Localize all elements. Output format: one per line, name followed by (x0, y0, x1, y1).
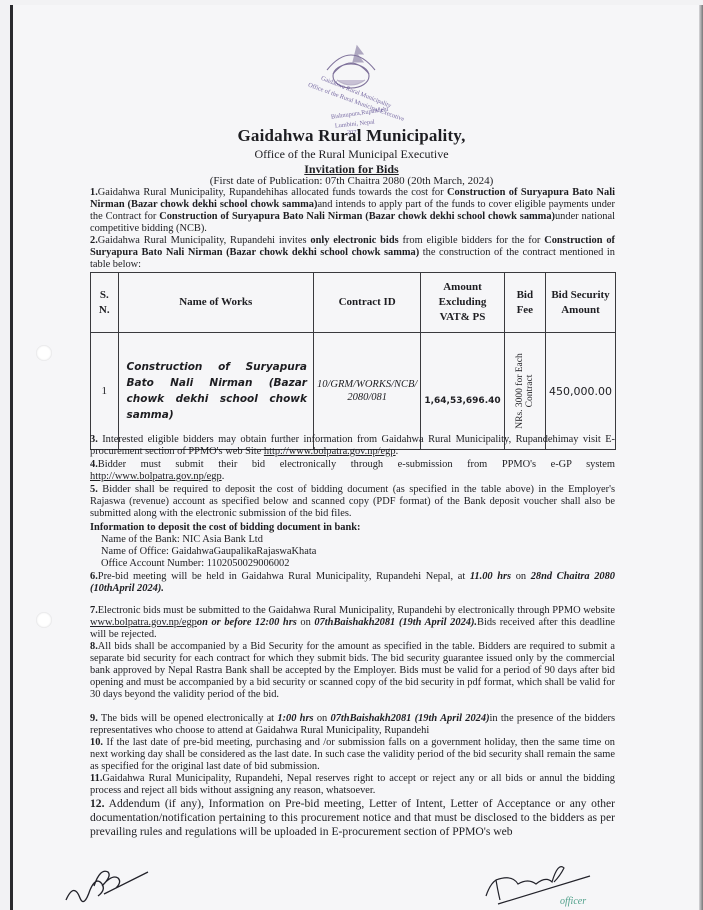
publication-date-text: (First date of Publication: 07th Chaitra… (210, 175, 494, 187)
paragraph-12: 12. Addendum (if any), Information on Pr… (90, 797, 615, 839)
cell-bid-security: 450,000.00 (546, 333, 616, 450)
publication-date: (First date of Publication: 07th Chaitra… (0, 175, 703, 187)
paragraph-7: 7.Electronic bids must be submitted to t… (90, 605, 615, 641)
office-account-number: Office Account Number: 1102050029006002 (101, 558, 289, 570)
paragraph-4: 4.Bidder must submit their bid electroni… (90, 459, 615, 483)
paragraph-3: 3. Interested eligible bidders may obtai… (90, 434, 615, 458)
paragraph-6: 6.Pre-bid meeting will be held in Gaidah… (90, 571, 615, 595)
cell-contract-id: 10/GRM/WORKS/NCB/ 2080/081 (314, 333, 421, 450)
paragraph-11: 11.Gaidahwa Rural Municipality, Rupandeh… (90, 773, 615, 797)
cell-amount: 1,64,53,696.40 (421, 333, 504, 450)
office-name: Office of the Rural Municipal Executive (0, 147, 703, 162)
bid-fee-text: NRs. 3000 for Each Contract (515, 346, 535, 436)
egp-link[interactable]: http://www.bolpatra.gov.np/egp (90, 471, 222, 482)
office-account-name: Name of Office: GaidahwaGaupalikaRajaswa… (101, 546, 316, 558)
cell-name-of-works: Construction of Suryapura Bato Nali Nirm… (118, 333, 313, 450)
bank-name: Name of the Bank: NIC Asia Bank Ltd (101, 534, 263, 546)
cell-bid-fee: NRs. 3000 for Each Contract (504, 333, 545, 450)
header-sn: S. N. (91, 273, 119, 333)
paragraph-8: 8.All bids shall be accompanied by a Bid… (90, 641, 615, 701)
table-row: 1 Construction of Suryapura Bato Nali Ni… (91, 333, 616, 450)
table-header-row: S. N. Name of Works Contract ID Amount E… (91, 273, 616, 333)
paragraph-9: 9. The bids will be opened electronicall… (90, 713, 615, 737)
punch-hole (36, 345, 52, 361)
header-amount: Amount Excluding VAT& PS (421, 273, 504, 333)
header-bid-security: Bid Security Amount (546, 273, 616, 333)
svg-text:Bishnupura,Rupandehi: Bishnupura,Rupandehi (330, 106, 389, 121)
bank-info-heading: Information to deposit the cost of biddi… (90, 522, 615, 534)
paragraph-10: 10. If the last date of pre-bid meeting,… (90, 737, 615, 773)
paragraph-1: 1.Gaidahwa Rural Municipality, Rupandehi… (90, 187, 615, 235)
paragraph-2: 2.Gaidahwa Rural Municipality, Rupandehi… (90, 235, 615, 271)
punch-hole (36, 612, 52, 628)
bid-table: S. N. Name of Works Contract ID Amount E… (90, 272, 616, 450)
municipality-seal-icon: Gaidahwa Rural Municipality Office of th… (297, 40, 405, 135)
egp-link[interactable]: http://www.bolpatra.gov.np/egp (264, 446, 396, 457)
header-name-of-works: Name of Works (118, 273, 313, 333)
header-contract-id: Contract ID (314, 273, 421, 333)
officer-stamp-text: officer (560, 896, 586, 907)
paragraph-5: 5. Bidder shall be required to deposit t… (90, 484, 615, 520)
cell-sn: 1 (91, 333, 119, 450)
bolpatra-link[interactable]: www.bolpatra.gov.np/egp (90, 617, 197, 628)
header-bid-fee: Bid Fee (504, 273, 545, 333)
signature-left-icon (60, 860, 150, 910)
organization-name: Gaidahwa Rural Municipality, (0, 126, 703, 146)
